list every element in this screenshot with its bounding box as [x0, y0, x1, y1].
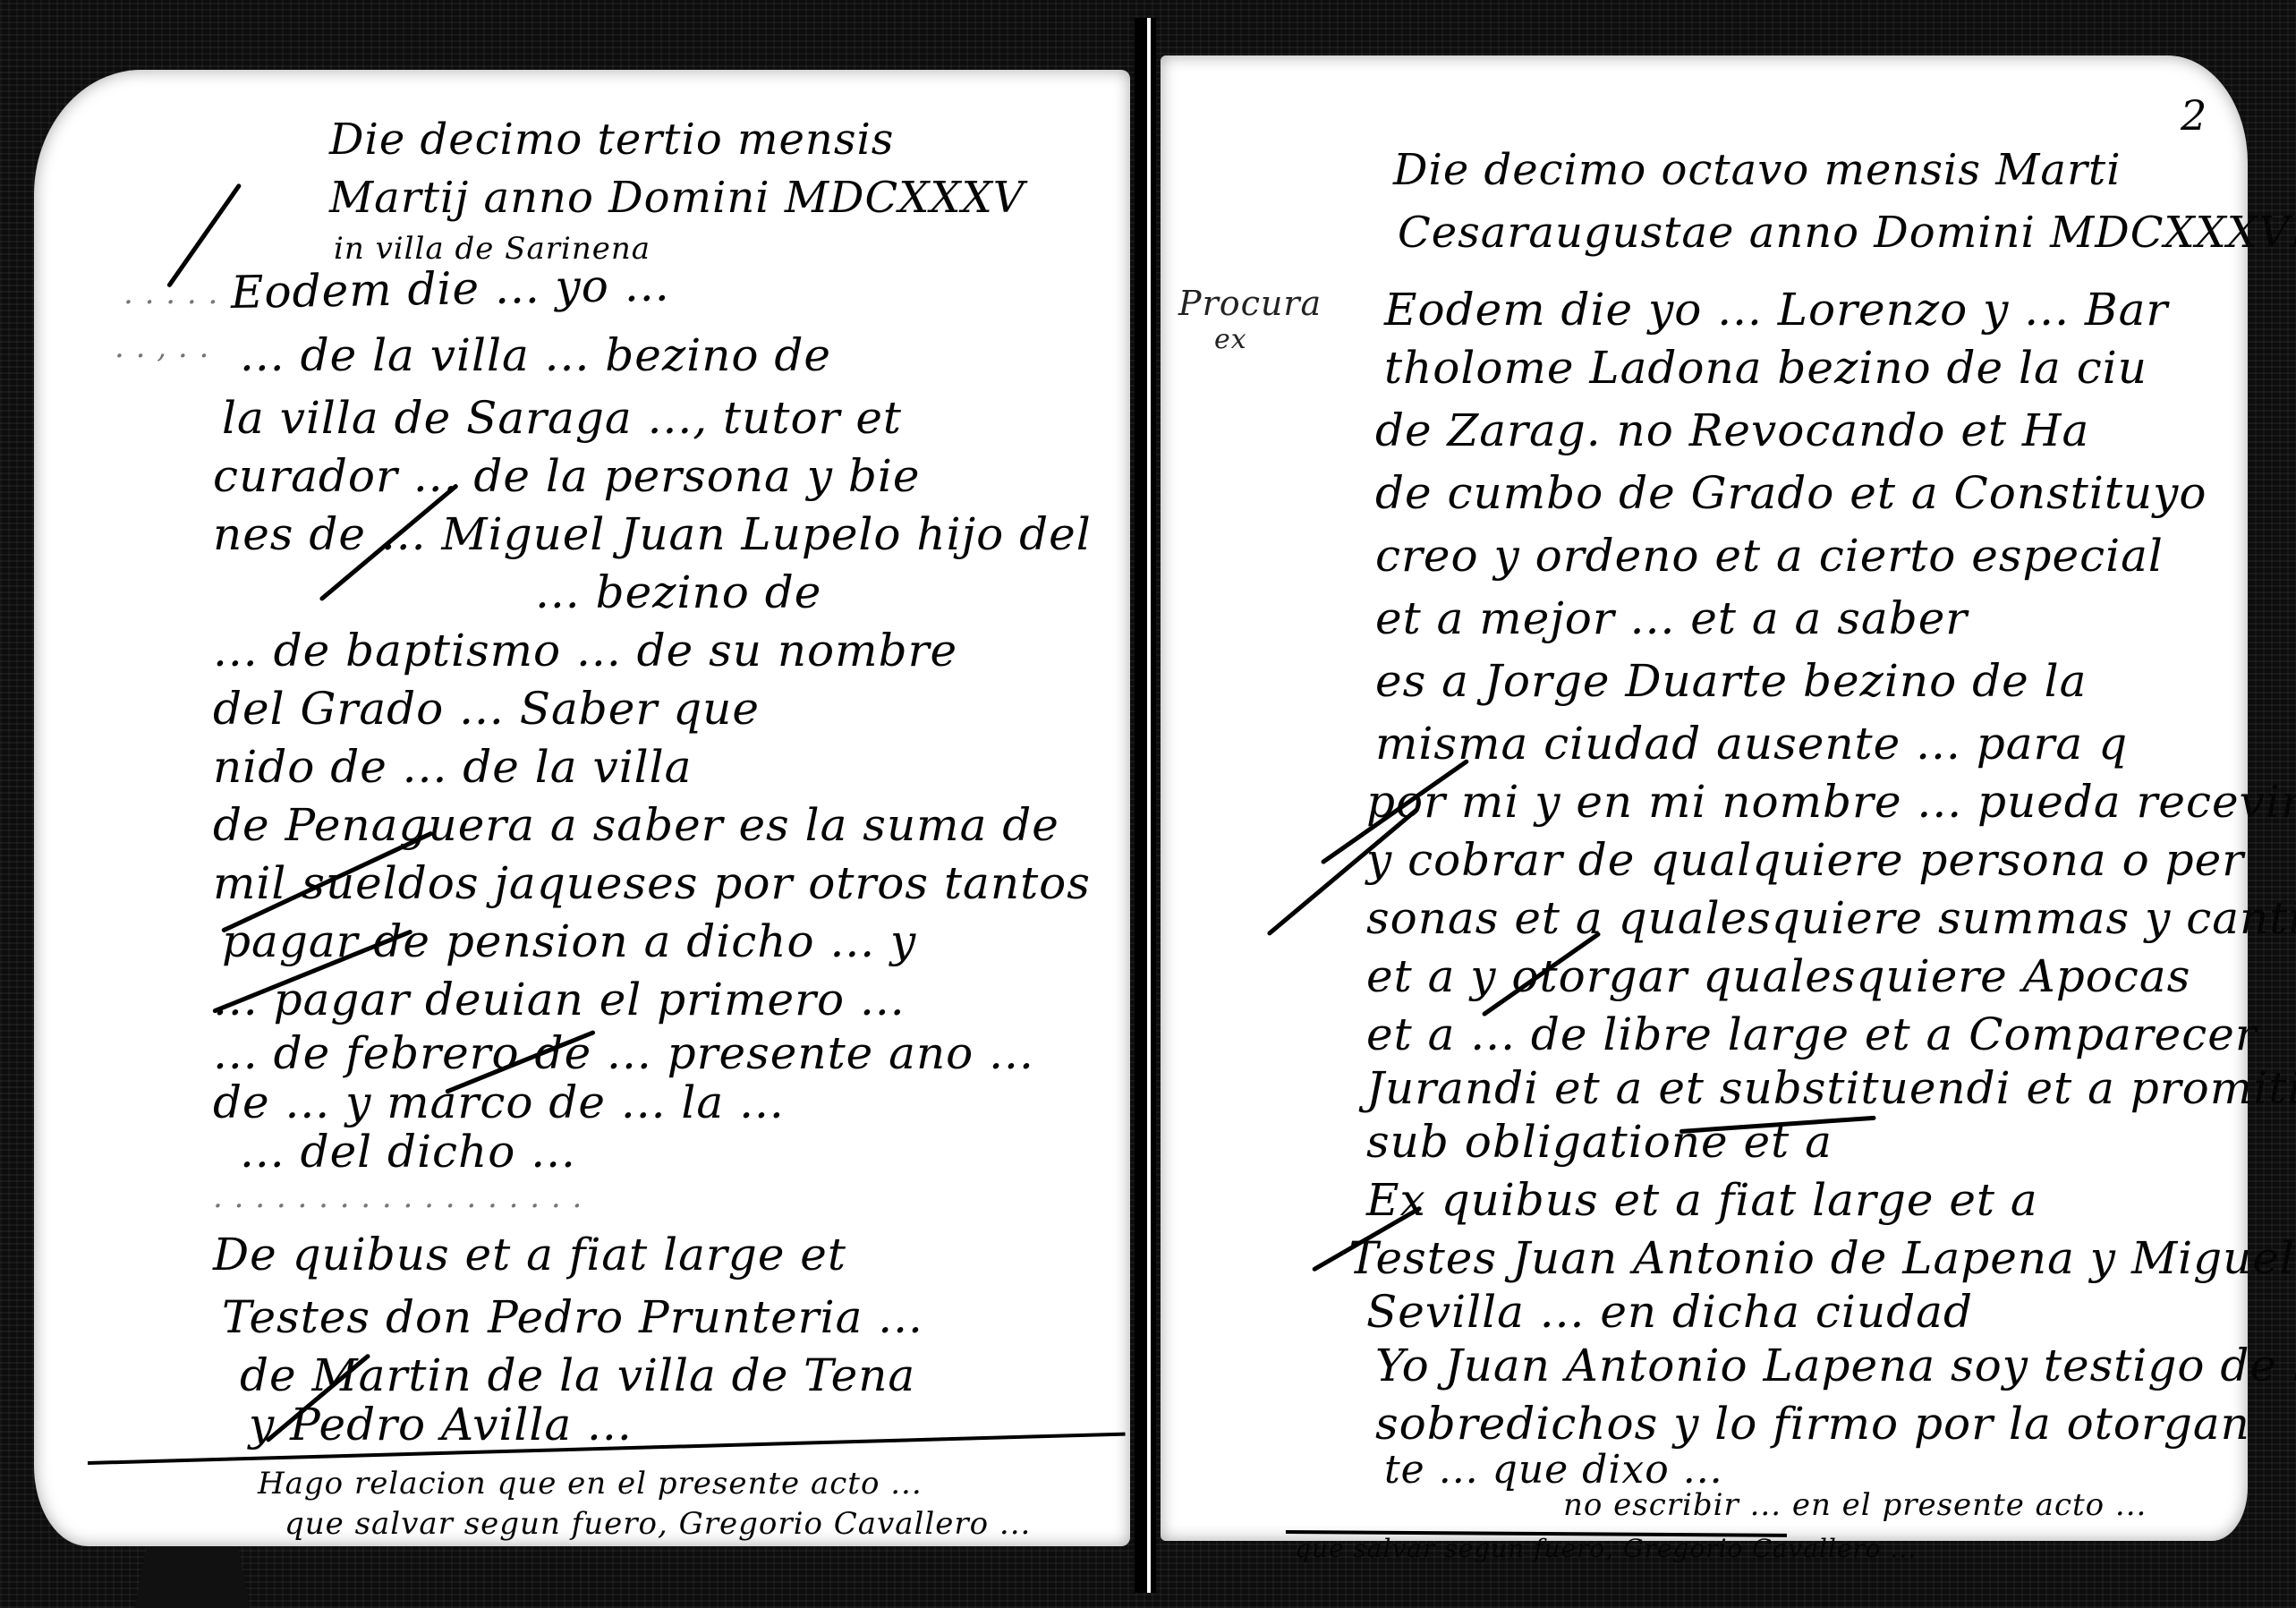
right-body-line-16: Ex quibus et a fiat large et a: [1366, 1174, 2038, 1226]
left-body-line-11: mil sueldos jaqueses por otros tantos: [213, 857, 1091, 909]
right-body-line-9: por mi y en mi nombre ... pueda recevir: [1366, 776, 2296, 828]
left-body-line-15: de ... y marco de ... la ...: [213, 1076, 785, 1128]
left-body-line-16: ... del dicho ...: [240, 1126, 576, 1178]
right-body-line-7: es a Jorge Duarte bezino de la: [1375, 655, 2087, 707]
right-body-line-22: no escribir ... en el presente acto ...: [1563, 1487, 2147, 1523]
left-margin-faint-2: . . , . .: [115, 329, 209, 365]
left-faint-line: . . . . . . . . . . . . . . . . . .: [213, 1179, 583, 1215]
right-body-line-20: sobredichos y lo firmo por la otorgan: [1375, 1398, 2250, 1450]
right-body-line-2: tholome Ladona bezino de la ciu: [1384, 342, 2147, 394]
left-body-line-7: ... de baptismo ... de su nombre: [213, 625, 957, 676]
left-body-line-14: ... de febrero de ... presente ano ...: [213, 1027, 1034, 1079]
right-footer-line-1: que salvar segun fuero, Gregorio Cavalle…: [1295, 1534, 1917, 1563]
right-heading-line-1: Die decimo octavo mensis Marti: [1393, 145, 2122, 195]
right-body-line-8: misma ciudad ausente ... para q: [1375, 718, 2128, 770]
left-page: Die decimo tertio mensis Martij anno Dom…: [34, 70, 1130, 1546]
right-page: 2 Die decimo octavo mensis Marti Cesarau…: [1161, 55, 2248, 1541]
manuscript-scan: Die decimo tertio mensis Martij anno Dom…: [0, 0, 2296, 1608]
right-body-line-3: de Zarag. no Revocando et Ha: [1375, 404, 2089, 456]
left-body-line-6: ... bezino de: [535, 566, 821, 618]
right-body-line-1: Eodem die yo ... Lorenzo y ... Bar: [1384, 284, 2168, 336]
left-body-line-13: ... pagar deuian el primero ...: [213, 974, 906, 1025]
left-body-line-8: del Grado ... Saber que: [213, 683, 760, 735]
right-body-line-18: Sevilla ... en dicha ciudad: [1366, 1286, 1973, 1338]
left-heading-line-1: Die decimo tertio mensis: [329, 115, 894, 165]
right-body-line-13: et a ... de libre large et a Comparecer: [1366, 1008, 2258, 1060]
left-body-line-12: pagar de pension a dicho ... y: [222, 915, 916, 967]
left-heading-line-2: Martij anno Domini MDCXXXV: [329, 173, 1025, 223]
left-body-line-10: de Penaguera a saber es la suma de: [213, 799, 1059, 851]
right-body-line-5: creo y ordeno et a cierto especial: [1375, 530, 2164, 582]
right-heading-line-2: Cesaraugustae anno Domini MDCXXXVI: [1398, 208, 2296, 258]
right-body-line-11: sonas et a qualesquiere summas y cantida…: [1366, 892, 2296, 944]
margin-note-procura: Procura: [1178, 284, 1322, 323]
left-footer-line-1: Hago relacion que en el presente acto ..…: [258, 1466, 923, 1502]
left-body-line-18: Testes don Pedro Prunteria ...: [222, 1291, 923, 1343]
right-body-line-21: te ... que dixo ...: [1384, 1447, 1723, 1493]
book-gutter: [1135, 18, 1151, 1593]
page-number: 2: [2181, 91, 2207, 140]
right-body-line-12: et a y otorgar qualesquiere Apocas: [1366, 950, 2190, 1002]
left-body-line-2: ... de la villa ... bezino de: [240, 329, 831, 381]
right-body-line-14: Jurandi et a et substituendi et a promit…: [1366, 1062, 2296, 1114]
right-body-line-19: Yo Juan Antonio Lapena soy testigo de lo: [1375, 1340, 2296, 1391]
left-body-line-4: curador ... de la persona y bie: [213, 450, 920, 502]
left-body-line-3: la villa de Saraga ..., tutor et: [222, 392, 902, 444]
left-footer-line-2: que salvar segun fuero, Gregorio Cavalle…: [285, 1506, 1031, 1542]
left-body-line-17: De quibus et a fiat large et: [213, 1229, 846, 1280]
right-body-line-4: de cumbo de Grado et a Constituyo: [1375, 467, 2207, 519]
left-body-line-5: nes de ... Miguel Juan Lupelo hijo del: [213, 508, 1092, 560]
right-body-line-10: y cobrar de qualquiere persona o per: [1366, 834, 2244, 886]
right-body-line-6: et a mejor ... et a a saber: [1375, 592, 1968, 644]
right-body-line-17: Testes Juan Antonio de Lapena y Miguel: [1348, 1232, 2295, 1284]
left-body-line-9: nido de ... de la villa: [213, 741, 692, 793]
left-body-line-1: Eodem die ... yo ...: [230, 259, 669, 319]
margin-note-ex: ex: [1214, 324, 1247, 355]
